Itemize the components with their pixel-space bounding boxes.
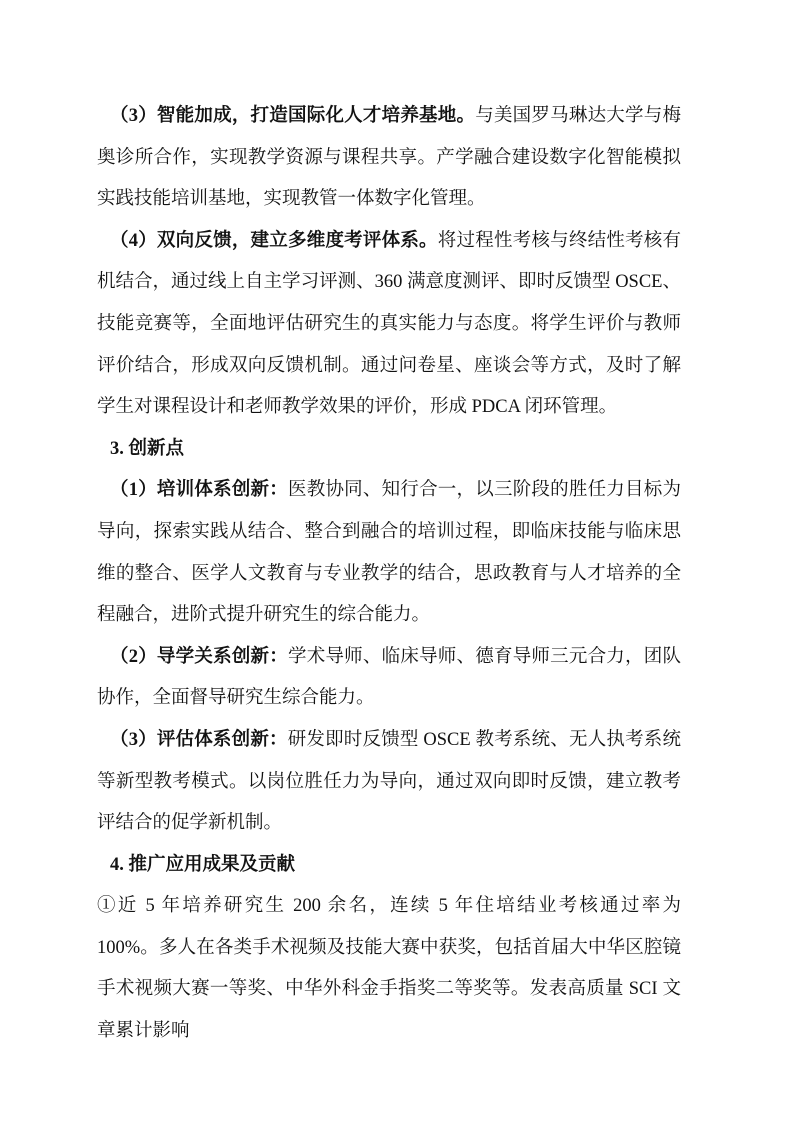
bold-text-segment: （2）导学关系创新： <box>110 647 288 667</box>
text-segment: ①近 5 年培养研究生 200 余名，连续 5 年住培结业考核通过率为 100%… <box>97 896 681 1041</box>
paragraph-multidimensional-evaluation: （4）双向反馈，建立多维度考评体系。将过程性考核与终结性考核有机结合，通过线上自… <box>97 221 681 429</box>
text-segment: 医教协同、知行合一，以三阶段的胜任力目标为导向，探索实践从结合、整合到融合的培训… <box>97 480 681 625</box>
bold-text-segment: 3. 创新点 <box>110 439 184 459</box>
heading-application-achievements: 4. 推广应用成果及贡献 <box>97 845 681 887</box>
document-page: （3）智能加成，打造国际化人才培养基地。与美国罗马琳达大学与梅奥诊所合作，实现教… <box>0 0 793 1122</box>
document-content: （3）智能加成，打造国际化人才培养基地。与美国罗马琳达大学与梅奥诊所合作，实现教… <box>97 96 681 1053</box>
paragraph-training-system-innovation: （1）培训体系创新：医教协同、知行合一，以三阶段的胜任力目标为导向，探索实践从结… <box>97 470 681 636</box>
bold-text-segment: 4. 推广应用成果及贡献 <box>110 855 295 875</box>
paragraph-achievement-details: ①近 5 年培养研究生 200 余名，连续 5 年住培结业考核通过率为 100%… <box>97 886 681 1052</box>
bold-text-segment: （3）评估体系创新： <box>110 730 288 750</box>
bold-text-segment: （1）培训体系创新： <box>110 480 288 500</box>
bold-text-segment: （4）双向反馈，建立多维度考评体系。 <box>110 231 438 251</box>
paragraph-intl-talent-base: （3）智能加成，打造国际化人才培养基地。与美国罗马琳达大学与梅奥诊所合作，实现教… <box>97 96 681 221</box>
paragraph-evaluation-system-innovation: （3）评估体系创新：研发即时反馈型 OSCE 教考系统、无人执考系统等新型教考模… <box>97 720 681 845</box>
paragraph-mentorship-innovation: （2）导学关系创新：学术导师、临床导师、德育导师三元合力，团队协作，全面督导研究… <box>97 637 681 720</box>
bold-text-segment: （3）智能加成，打造国际化人才培养基地。 <box>110 106 475 126</box>
text-segment: 将过程性考核与终结性考核有机结合，通过线上自主学习评测、360 满意度测评、即时… <box>97 231 681 417</box>
heading-innovation-points: 3. 创新点 <box>97 429 681 471</box>
